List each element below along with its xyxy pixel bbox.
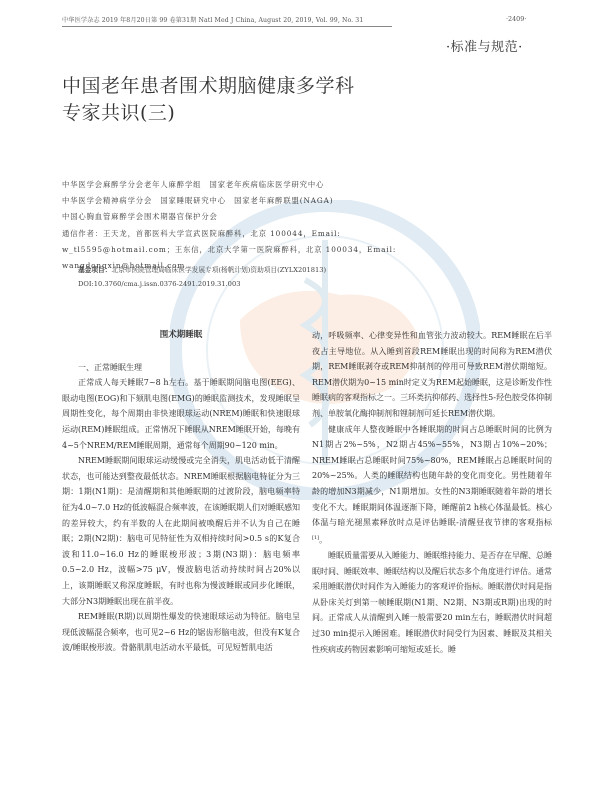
funding-label: 基金项目： bbox=[78, 266, 111, 274]
funding-text: 北京市医院管理局临床医学发展专项(杨帆计划)资助项目(ZYLX201813) bbox=[111, 266, 326, 274]
title-line-1: 中国老年患者围术期脑健康多学科 bbox=[62, 73, 355, 100]
body-paragraph: REM睡眠(R期)以周期性爆发的快速眼球运动为特征。脑电呈现低波幅混合频率，也可… bbox=[62, 609, 300, 656]
paragraph-end: 。 bbox=[319, 535, 327, 544]
body-paragraph: 睡眠质量需要从入睡能力、睡眠维持能力、是否存在早醒、总睡眠时间、睡眠效率、睡眠结… bbox=[312, 548, 552, 657]
body-paragraph: 健康成年人整夜睡眠中各睡眠期的时间占总睡眠时间的比例为N1期占2%~5%，N2期… bbox=[312, 422, 552, 548]
body-paragraph: NREM睡眠期间眼球运动缓慢或完全消失，肌电活动低于清醒状态，也可能达到整夜最低… bbox=[62, 453, 300, 609]
section-heading: 围术期睡眠 bbox=[62, 328, 300, 344]
doi: DOI:10.3760/cma.j.issn.0376-2491.2019.31… bbox=[78, 277, 326, 291]
article-title: 中国老年患者围术期脑健康多学科 专家共识(三) bbox=[62, 73, 355, 127]
title-line-2: 专家共识(三) bbox=[62, 100, 355, 127]
affiliation-line: 中国心胸血管麻醉学会围术期器官保护分会 bbox=[62, 209, 396, 225]
page-number: ·2409· bbox=[506, 15, 526, 23]
body-paragraph: 正常成人每天睡眠7~8 h左右。基于睡眠期间脑电图(EEG)、眼动电图(EOG)… bbox=[62, 375, 300, 453]
funding-line: 基金项目：北京市医院管理局临床医学发展专项(杨帆计划)资助项目(ZYLX2018… bbox=[78, 263, 326, 277]
funding-block: 基金项目：北京市医院管理局临床医学发展专项(杨帆计划)资助项目(ZYLX2018… bbox=[78, 263, 326, 291]
paragraph-text: 健康成年人整夜睡眠中各睡眠期的时间占总睡眠时间的比例为N1期占2%~5%，N2期… bbox=[312, 425, 552, 528]
corresponding-author-line: 通信作者：王天龙，首都医科大学宣武医院麻醉科，北京 100044，Email: bbox=[62, 226, 396, 242]
affiliation-line: 中华医学会精神病学分会 国家睡眠研究中心 国家老年麻醉联盟(NAGA) bbox=[62, 193, 396, 209]
right-column: 动，呼吸频率、心律变异性和血管张力波动较大。REM睡眠在后半夜占主导地位。从入睡… bbox=[312, 328, 552, 657]
section-label: ·标准与规范· bbox=[446, 36, 523, 55]
body-paragraph: 动，呼吸频率、心律变异性和血管张力波动较大。REM睡眠在后半夜占主导地位。从入睡… bbox=[312, 328, 552, 422]
affiliations: 中华医学会麻醉学分会老年人麻醉学组 国家老年疾病临床医学研究中心 中华医学会精神… bbox=[62, 177, 396, 274]
subsection-heading: 一、正常睡眠生理 bbox=[62, 360, 300, 376]
corresponding-author-line: w_tl5595@hotmail.com；王东信，北京大学第一医院麻醉科，北京 … bbox=[62, 242, 396, 258]
left-column: 围术期睡眠 一、正常睡眠生理 正常成人每天睡眠7~8 h左右。基于睡眠期间脑电图… bbox=[62, 328, 300, 656]
running-header: 中华医学杂志 2019 年8月20日第 99 卷第31期 Natl Med J … bbox=[62, 15, 392, 27]
affiliation-line: 中华医学会麻醉学分会老年人麻醉学组 国家老年疾病临床医学研究中心 bbox=[62, 177, 396, 193]
